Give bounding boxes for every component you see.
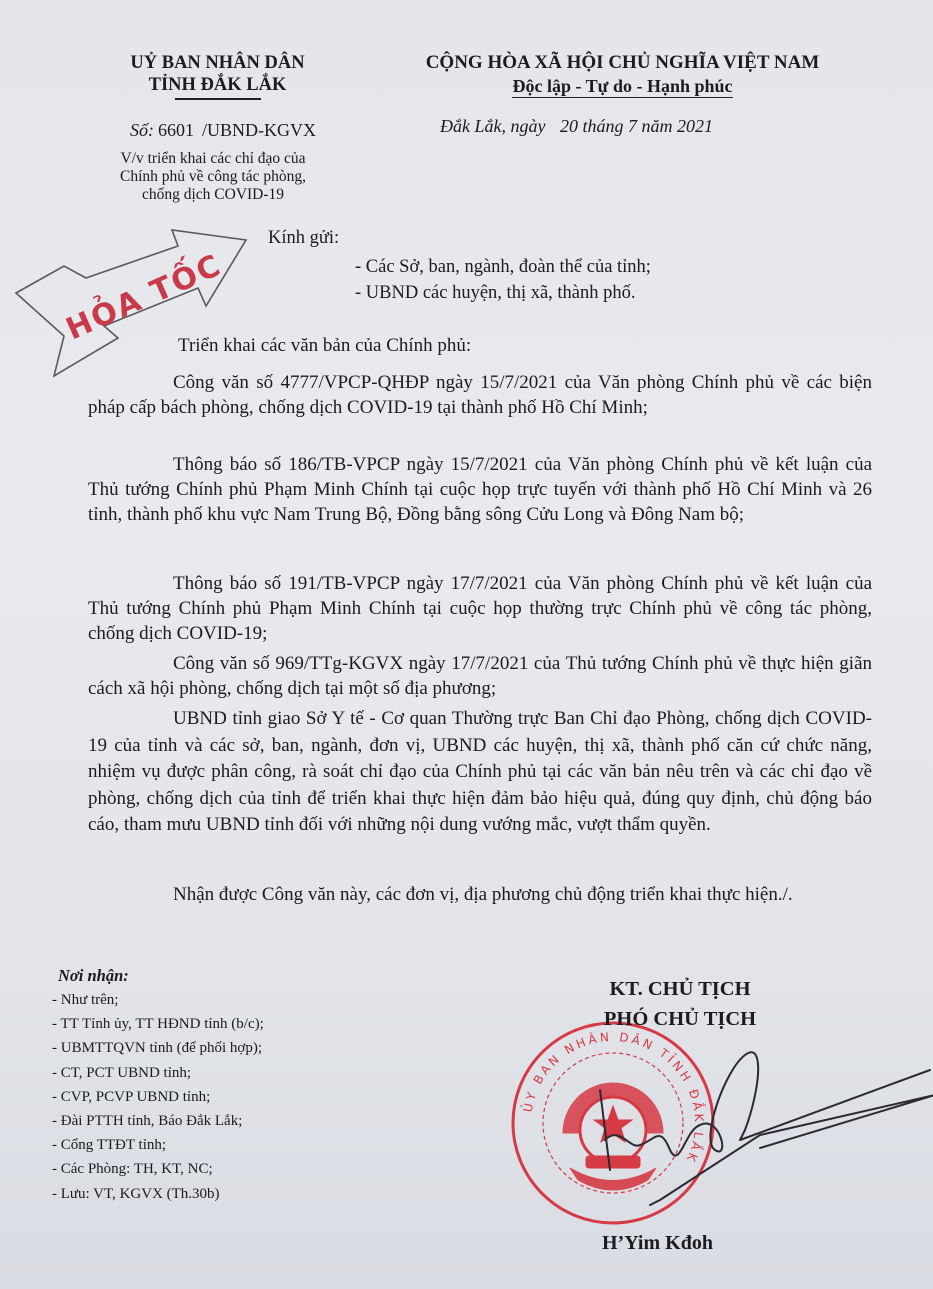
- signature-title-line1: KT. CHỦ TỊCH: [560, 974, 800, 1004]
- national-header: CỘNG HÒA XÃ HỘI CHỦ NGHĨA VIỆT NAM Độc l…: [385, 52, 860, 98]
- doc-number-value: 6601: [158, 120, 194, 140]
- document-subject: V/v triển khai các chỉ đạo của Chính phủ…: [88, 150, 338, 204]
- distribution-list: Nơi nhận: - Như trên;- TT Tỉnh ủy, TT HĐ…: [52, 966, 452, 1206]
- place-and-date: Đắk Lắk, ngày 20 tháng 7 năm 2021: [440, 116, 713, 137]
- body-paragraph: Công văn số 4777/VPCP-QHĐP ngày 15/7/202…: [88, 370, 872, 420]
- body-intro: Triển khai các văn bản của Chính phủ:: [178, 333, 778, 358]
- distribution-item: - TT Tỉnh ủy, TT HĐND tỉnh (b/c);: [52, 1012, 452, 1036]
- national-motto: Độc lập - Tự do - Hạnh phúc: [512, 76, 732, 98]
- month-label: tháng: [582, 116, 623, 136]
- place: Đắk Lắk, ngày: [440, 116, 545, 136]
- body-paragraph: Công văn số 969/TTg-KGVX ngày 17/7/2021 …: [88, 651, 872, 701]
- month: 7: [628, 116, 637, 136]
- distribution-item: - Như trên;: [52, 988, 452, 1012]
- body-paragraph: Thông báo số 186/TB-VPCP ngày 15/7/2021 …: [88, 452, 872, 527]
- signer-name: H’Yim Kđoh: [602, 1232, 713, 1255]
- doc-number-suffix: /UBND-KGVX: [202, 120, 316, 140]
- recipient-item: - UBND các huyện, thị xã, thành phố.: [355, 280, 651, 306]
- body-closing: Nhận được Công văn này, các đơn vị, địa …: [88, 882, 872, 907]
- year-label: năm: [642, 116, 673, 136]
- agency-line-1: UỶ BAN NHÂN DÂN: [100, 52, 335, 74]
- body-paragraph: UBND tỉnh giao Sở Y tế - Cơ quan Thường …: [88, 706, 872, 839]
- distribution-item: - CT, PCT UBND tỉnh;: [52, 1061, 452, 1085]
- country-name: CỘNG HÒA XÃ HỘI CHỦ NGHĨA VIỆT NAM: [385, 52, 860, 74]
- year: 2021: [677, 116, 713, 136]
- document-number: Số:6601/UBND-KGVX: [93, 120, 353, 141]
- distribution-item: - Đài PTTH tỉnh, Báo Đắk Lắk;: [52, 1109, 452, 1133]
- document-page: UỶ BAN NHÂN DÂN TỈNH ĐẮK LẮK Số:6601/UBN…: [0, 0, 933, 1289]
- distribution-items: - Như trên;- TT Tỉnh ủy, TT HĐND tỉnh (b…: [52, 988, 452, 1206]
- distribution-item: - Lưu: VT, KGVX (Th.30b): [52, 1182, 452, 1206]
- day: 20: [560, 116, 578, 136]
- distribution-item: - Các Phòng: TH, KT, NC;: [52, 1157, 452, 1181]
- subject-line: Chính phủ về công tác phòng,: [88, 168, 338, 186]
- subject-line: V/v triển khai các chỉ đạo của: [88, 150, 338, 168]
- distribution-item: - Cổng TTĐT tỉnh;: [52, 1133, 452, 1157]
- doc-number-prefix: Số:: [130, 120, 154, 140]
- subject-line: chống dịch COVID-19: [88, 186, 338, 204]
- recipient-item: - Các Sở, ban, ngành, đoàn thể của tỉnh;: [355, 254, 651, 280]
- recipients-label: Kính gửi:: [268, 228, 339, 249]
- signature-title: KT. CHỦ TỊCH PHÓ CHỦ TỊCH: [560, 974, 800, 1034]
- issuing-agency: UỶ BAN NHÂN DÂN TỈNH ĐẮK LẮK: [100, 52, 335, 100]
- agency-underline: [175, 98, 261, 100]
- distribution-title: Nơi nhận:: [52, 966, 452, 986]
- handwritten-signature: [560, 1030, 933, 1210]
- body-paragraph: Thông báo số 191/TB-VPCP ngày 17/7/2021 …: [88, 571, 872, 646]
- recipients-list: - Các Sở, ban, ngành, đoàn thể của tỉnh;…: [355, 254, 651, 306]
- agency-line-2: TỈNH ĐẮK LẮK: [100, 74, 335, 96]
- distribution-item: - UBMTTQVN tỉnh (để phối hợp);: [52, 1036, 452, 1060]
- distribution-item: - CVP, PCVP UBND tỉnh;: [52, 1085, 452, 1109]
